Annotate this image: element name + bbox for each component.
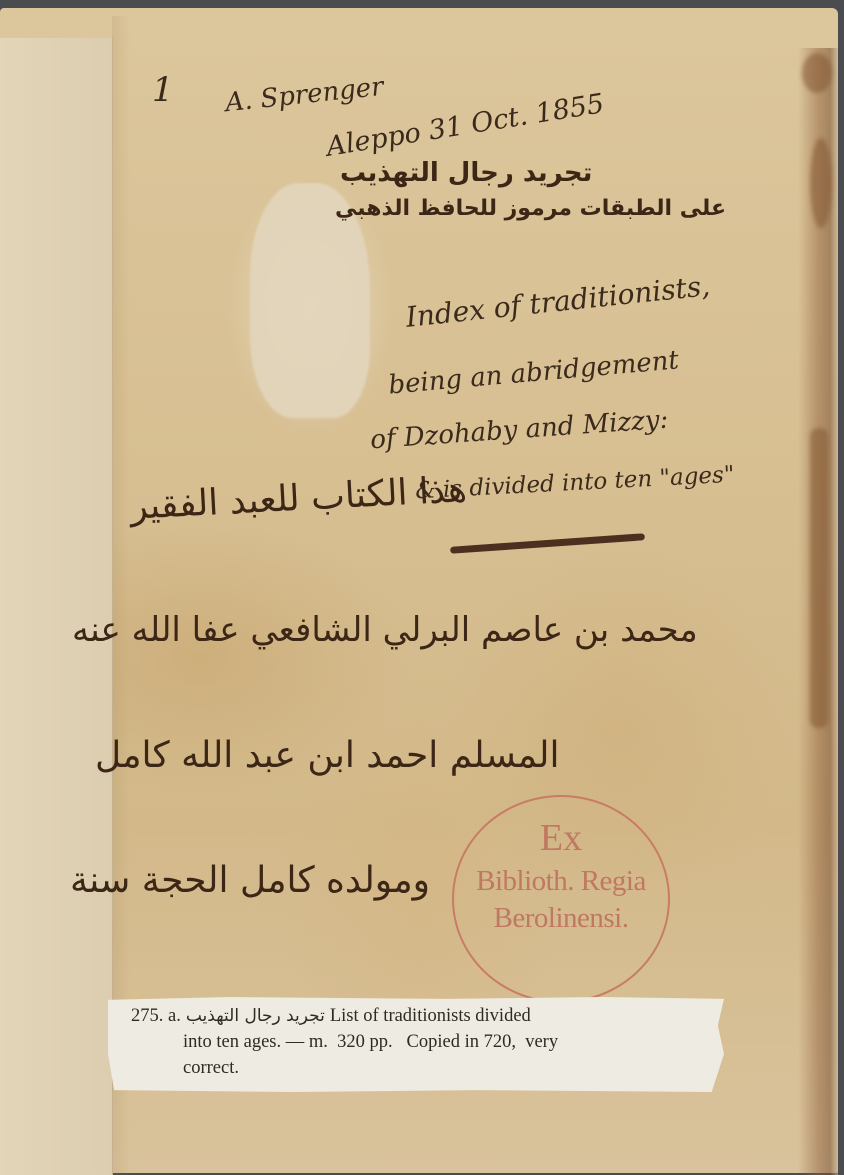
stamp-line-2: Biblioth. Regia	[454, 867, 668, 896]
catalog-label: 275. a.تجريد رجال التهذيبList of traditi…	[108, 997, 724, 1092]
arabic-body-line-2: محمد بن عاصم البرلي الشافعي عفا الله عنه	[72, 610, 698, 650]
stain	[810, 428, 828, 728]
stamp-line-1: Ex	[454, 819, 668, 857]
catalog-number: 275. a.	[131, 1006, 181, 1026]
catalog-label-line-1: 275. a.تجريد رجال التهذيبList of traditi…	[131, 1003, 531, 1029]
stain	[802, 53, 832, 93]
catalog-description: List of traditionists divided	[330, 1006, 531, 1026]
arabic-body-line-3: المسلم احمد ابن عبد الله كامل	[95, 735, 559, 776]
arabic-title-line-1: تجريد رجال التهذيب	[340, 158, 592, 188]
folio-mark: 1	[152, 70, 174, 110]
flyleaf-edge	[0, 38, 113, 1175]
catalog-label-line-3: correct.	[183, 1055, 239, 1081]
stain	[810, 138, 832, 228]
catalog-arabic-title: تجريد رجال التهذيب	[186, 1006, 325, 1026]
library-stamp: Ex Biblioth. Regia Berolinensi.	[452, 795, 670, 1003]
arabic-title-line-2: على الطبقات مرموز للحافظ الذهبي	[335, 196, 726, 221]
catalog-label-line-2: into ten ages. — m. 320 pp. Copied in 72…	[183, 1029, 558, 1055]
arabic-body-line-4: ومولده كامل الحجة سنة	[70, 860, 430, 901]
stamp-line-3: Berolinensi.	[454, 904, 668, 933]
